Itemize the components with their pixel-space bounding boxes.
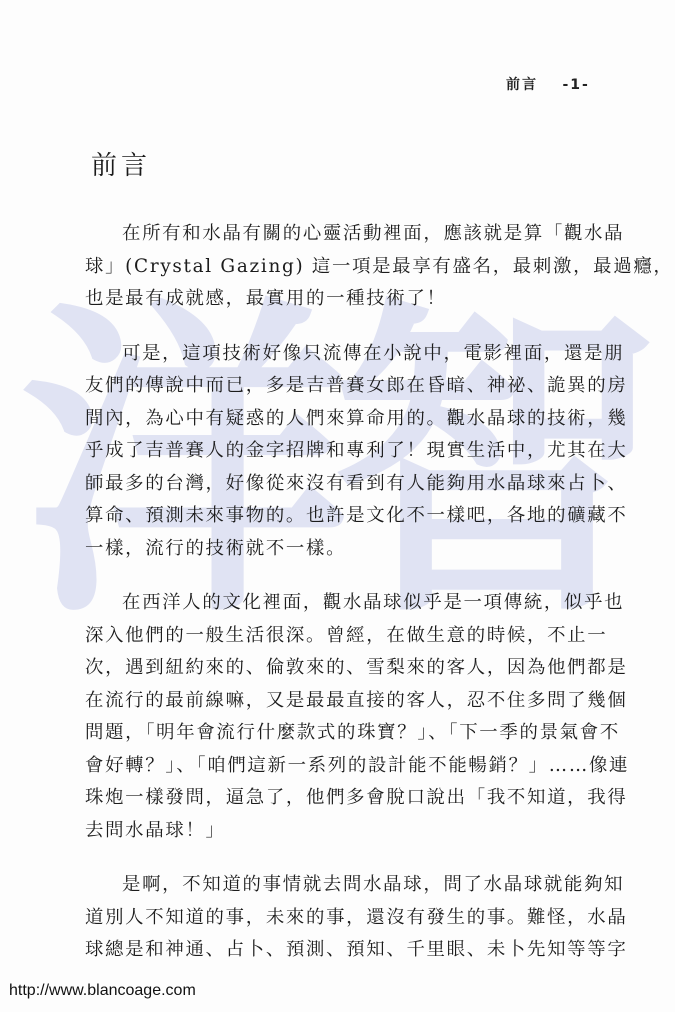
text-line: 可是，這項技術好像只流傳在小說中，電影裡面，還是朋 (85, 338, 605, 371)
text-line: 在流行的最前線嘛，又是最最直接的客人，忍不住多問了幾個 (85, 685, 605, 718)
text-line: 球」(Crystal Gazing) 這一項是最享有盛名，最刺激，最過癮， (85, 251, 605, 284)
text-line: 會好轉？」、「咱們這新一系列的設計能不能暢銷？」……像連 (85, 750, 605, 783)
text-line: 道別人不知道的事，未來的事，還沒有發生的事。難怪，水晶 (85, 902, 605, 935)
paragraph-1: 在所有和水晶有關的心靈活動裡面，應該就是算「觀水晶 球」(Crystal Gaz… (85, 218, 605, 316)
text-line: 也是最有成就感，最實用的一種技術了！ (85, 283, 605, 316)
text-line: 一樣，流行的技術就不一樣。 (85, 533, 605, 566)
text-line: 在所有和水晶有關的心靈活動裡面，應該就是算「觀水晶 (85, 218, 605, 251)
text-line: 在西洋人的文化裡面，觀水晶球似乎是一項傳統，似乎也 (85, 587, 605, 620)
body-text: 在所有和水晶有關的心靈活動裡面，應該就是算「觀水晶 球」(Crystal Gaz… (85, 218, 605, 989)
text-line: 球總是和神通、占卜、預測、預知、千里眼、未卜先知等等字 (85, 934, 605, 967)
text-line: 友們的傳說中而已，多是吉普賽女郎在昏暗、神祕、詭異的房 (85, 370, 605, 403)
text-line: 深入他們的一般生活很深。曾經，在做生意的時候，不止一 (85, 620, 605, 653)
text-line: 師最多的台灣，好像從來沒有看到有人能夠用水晶球來占卜、 (85, 468, 605, 501)
paragraph-3: 在西洋人的文化裡面，觀水晶球似乎是一項傳統，似乎也 深入他們的一般生活很深。曾經… (85, 587, 605, 847)
running-header-title: 前言 (506, 77, 538, 93)
text-line: 間內，為心中有疑惑的人們來算命用的。觀水晶球的技術，幾 (85, 403, 605, 436)
text-line: 問題，「明年會流行什麼款式的珠寶？」、「下一季的景氣會不 (85, 717, 605, 750)
text-line: 次，遇到紐約來的、倫敦來的、雪梨來的客人，因為他們都是 (85, 652, 605, 685)
footer-url-link[interactable]: http://www.blancoage.com (9, 982, 196, 1000)
text-line: 是啊，不知道的事情就去問水晶球，問了水晶球就能夠知 (85, 869, 605, 902)
paragraph-2: 可是，這項技術好像只流傳在小說中，電影裡面，還是朋 友們的傳說中而已，多是吉普賽… (85, 338, 605, 566)
text-line: 算命、預測未來事物的。也許是文化不一樣吧，各地的礦藏不 (85, 500, 605, 533)
text-line: 去問水晶球！」 (85, 815, 605, 848)
text-line: 珠炮一樣發問，逼急了，他們多會脫口說出「我不知道，我得 (85, 782, 605, 815)
document-page: 洋智 前言 -1- 前言 在所有和水晶有關的心靈活動裡面，應該就是算「觀水晶 球… (0, 0, 675, 1012)
page-number: -1- (562, 77, 589, 93)
paragraph-4: 是啊，不知道的事情就去問水晶球，問了水晶球就能夠知 道別人不知道的事，未來的事，… (85, 869, 605, 967)
chapter-title: 前言 (91, 145, 151, 182)
text-line: 乎成了吉普賽人的金字招牌和專利了！現實生活中，尤其在大 (85, 435, 605, 468)
running-header: 前言 -1- (506, 74, 590, 94)
